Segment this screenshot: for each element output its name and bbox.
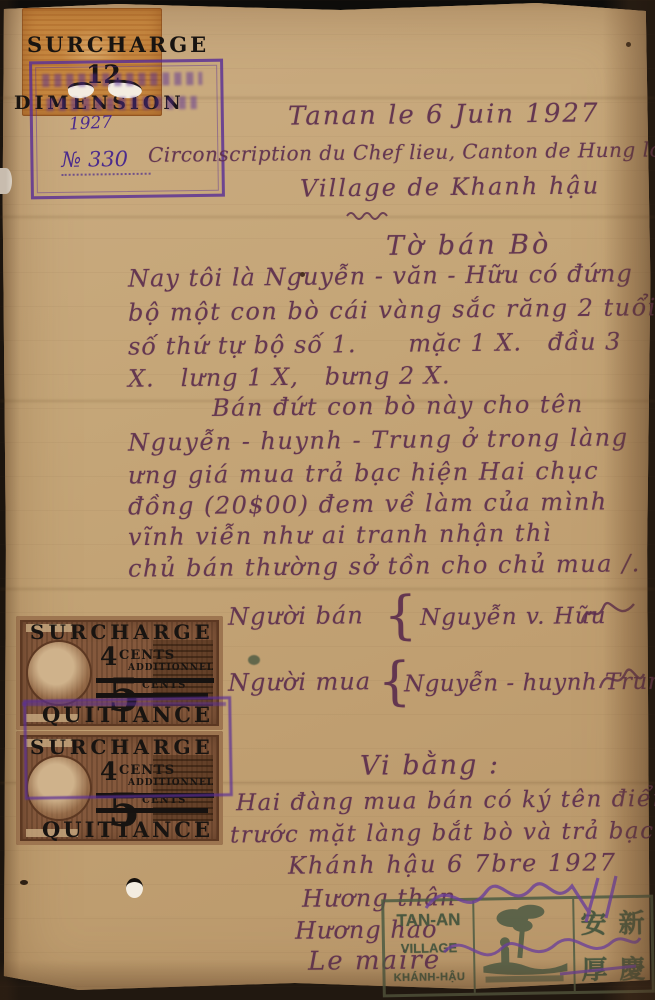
document-title: Tờ bán Bò — [386, 229, 552, 262]
paper-tear-edge — [0, 168, 12, 194]
handstamp-number: № 330 — [61, 147, 150, 176]
quittance-word-overprint: QUITTANCE — [42, 817, 213, 842]
paper-damage-hole — [126, 878, 143, 898]
quittance-additionnel-overprint: ADDITIONNEL — [128, 663, 214, 673]
dateline: Tanan le 6 Juin 1927 — [288, 98, 600, 131]
violet-handstamp-line — [22, 702, 226, 706]
body-line: X. lưng 1 X, bưng 2 X. — [128, 361, 451, 392]
paper-crease — [0, 588, 655, 590]
illegible-stamp-text — [42, 72, 202, 87]
seller-label: Người bán — [228, 601, 364, 630]
body-line: Bán đứt con bò này cho tên — [212, 390, 584, 422]
quittance-cents-overprint: CENTS — [119, 648, 175, 663]
body-line: đồng (20$00) đem về làm của mình — [128, 487, 608, 520]
buyer-signature-flourish — [596, 662, 646, 698]
witness-line: Hai đàng mua bán có ký tên điểm — [236, 786, 655, 817]
handstamp-year: 1927 — [68, 112, 112, 134]
body-line: Nguyễn - huynh - Trung ở trong làng — [128, 423, 629, 456]
official-signature-flourish — [420, 868, 640, 928]
body-line: số thứ tự bộ số 1. mặc 1 X. đầu 3 — [128, 327, 622, 360]
witness-line: trước mặt làng bắt bò và trả bạc đủ. — [230, 818, 655, 849]
seller-brace: { — [384, 586, 418, 646]
green-ink-smudge — [248, 655, 260, 665]
ink-speck — [300, 272, 305, 277]
ink-speck — [626, 42, 631, 47]
registry-handstamp-box: 1927 № 330 — [29, 59, 225, 200]
scanned-document-page: SURCHARGE 12 DIMENSION 1927 № 330 Tanan … — [0, 0, 655, 1000]
ink-speck — [20, 880, 28, 885]
village-line: Village de Khanh hậu — [300, 171, 600, 202]
witness-heading: Vi bằng : — [360, 749, 500, 781]
barred-cents-overprint: CENTS — [142, 680, 186, 691]
seller-signature-flourish — [578, 596, 638, 632]
buyer-label: Người mua — [228, 667, 371, 696]
body-line: Nay tôi là Nguyễn - văn - Hữu có đứng — [128, 259, 633, 292]
body-line: chủ bán thường sở tồn cho chủ mua /. — [128, 549, 641, 582]
quittance-value-overprint: 4 — [100, 642, 117, 671]
body-line: bộ một con bò cái vàng sắc răng 2 tuổi — [128, 293, 655, 327]
quittance-surcharge-overprint: SURCHARGE — [30, 620, 214, 644]
body-line: ưng giá mua trả bạc hiện Hai chục — [128, 457, 599, 490]
stamp-medallion — [28, 642, 90, 704]
violet-handstamp-overlay — [23, 696, 233, 800]
divider-squiggle — [345, 210, 395, 222]
illegible-stamp-text — [47, 96, 197, 111]
mayor-signature-flourish — [440, 922, 645, 982]
paper-crease — [0, 216, 655, 218]
cancel-bar — [96, 808, 208, 813]
body-line: vĩnh viễn như ai tranh nhận thì — [128, 519, 552, 551]
dimension-surcharge-overprint: SURCHARGE — [27, 32, 209, 57]
